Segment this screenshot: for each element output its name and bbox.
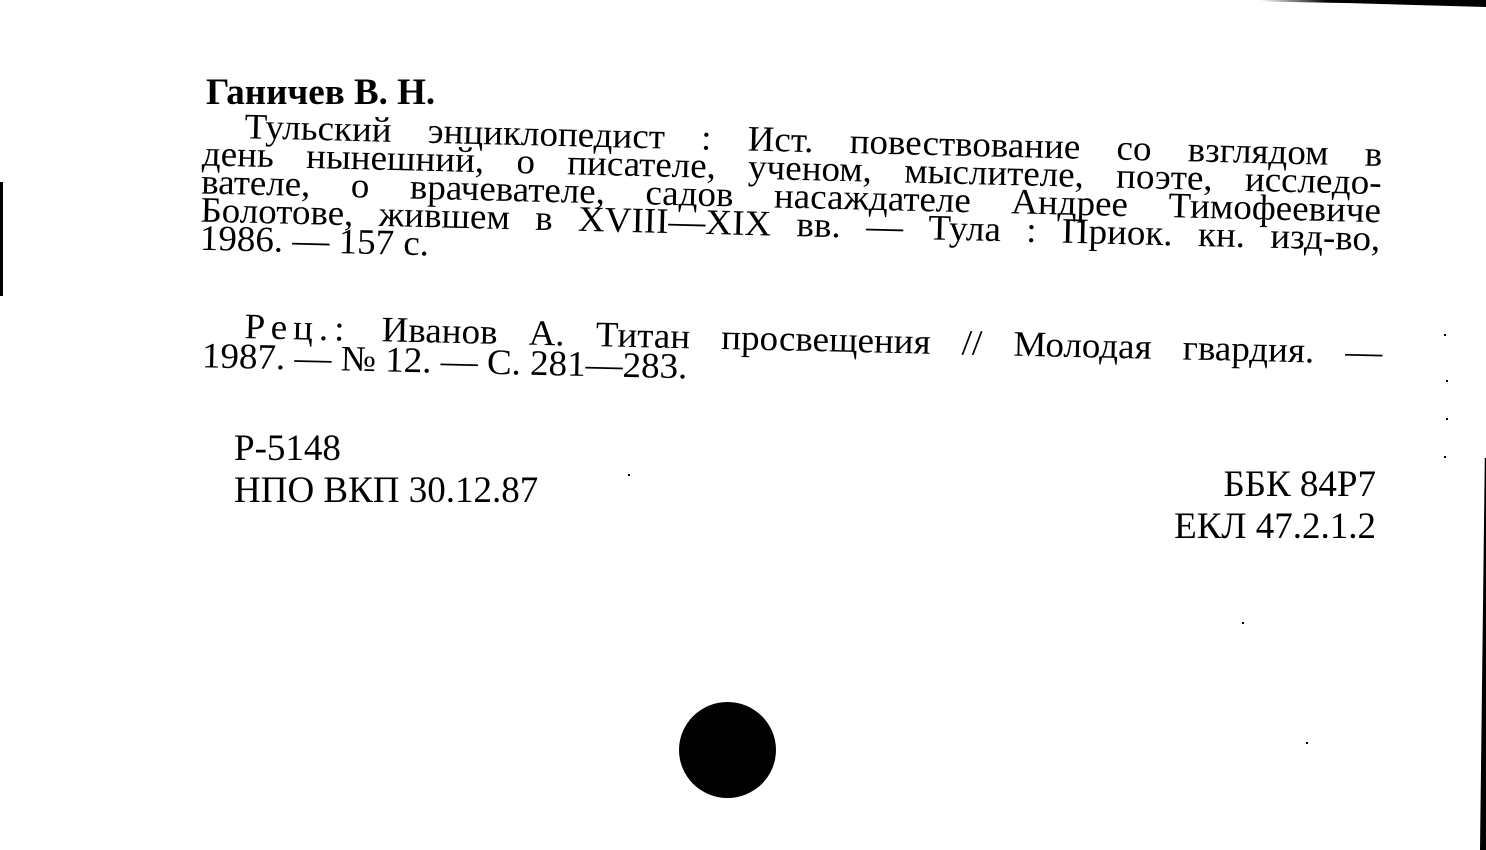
review-note: Рец.: Иванов А. Титан просвещения // Мол… <box>202 312 1383 399</box>
catalog-card: Ганичев В. Н. Тульский энциклопедист : И… <box>0 0 1486 850</box>
scan-speck <box>1444 334 1446 336</box>
scan-speck <box>1446 418 1448 420</box>
classification-block: ББК 84Р7 ЕКЛ 47.2.1.2 <box>1174 464 1376 548</box>
punch-hole <box>679 702 776 798</box>
scan-edge-right <box>1480 458 1486 850</box>
scan-speck <box>1446 380 1448 382</box>
ekl-code: ЕКЛ 47.2.1.2 <box>1174 506 1376 548</box>
scan-speck <box>1444 456 1446 458</box>
author-heading: Ганичев В. Н. <box>206 74 435 111</box>
scan-speck <box>1242 622 1244 624</box>
scan-edge-left <box>0 182 3 296</box>
bbk-code: ББК 84Р7 <box>1174 464 1376 506</box>
bibliographic-description: Тульский энциклопедист : Ист. повествова… <box>200 112 1383 281</box>
registration-block: Р-5148 НПО ВКП 30.12.87 <box>234 428 538 512</box>
scan-edge-top <box>1260 0 1486 7</box>
scan-speck <box>628 474 630 476</box>
registration-issuer-date: НПО ВКП 30.12.87 <box>234 470 538 512</box>
registration-number: Р-5148 <box>234 428 538 470</box>
scan-speck <box>1306 742 1308 744</box>
